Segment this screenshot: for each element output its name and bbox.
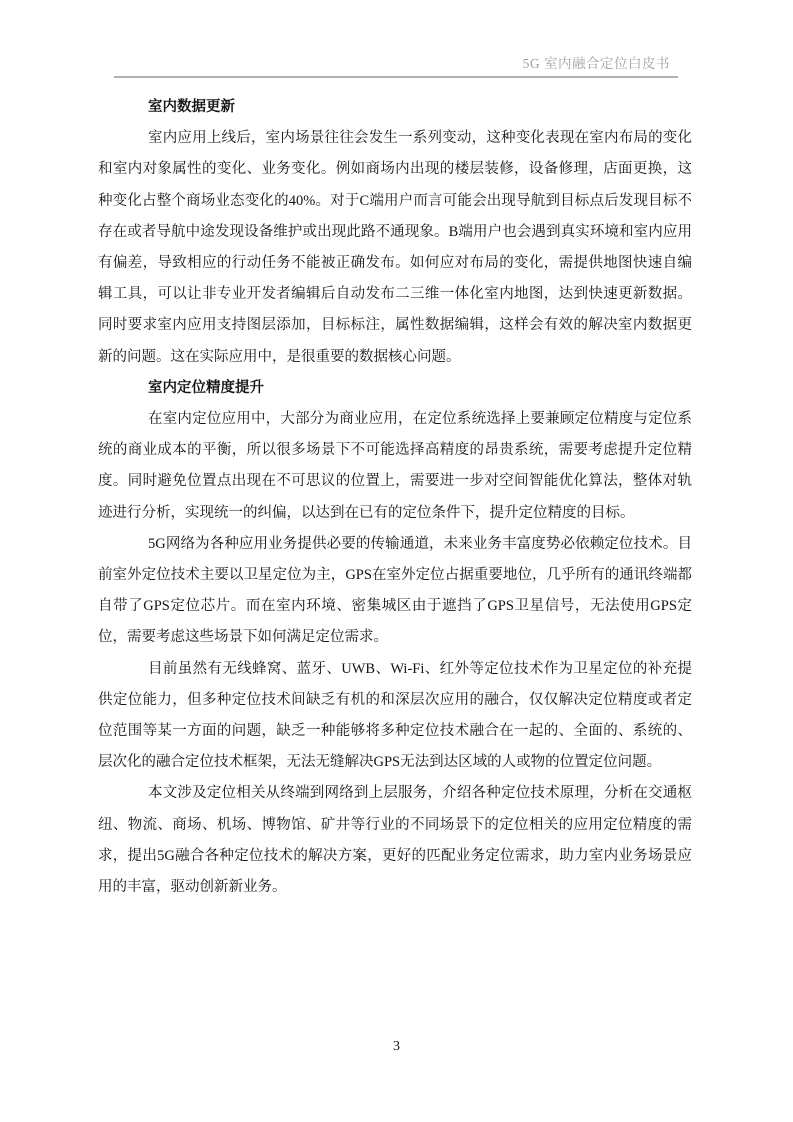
header-rule bbox=[114, 76, 678, 78]
paragraph: 5G网络为各种应用业务提供必要的传输通道，未来业务丰富度势必依赖定位技术。目前室… bbox=[98, 529, 692, 654]
document-page: 5G 室内融合定位白皮书 室内数据更新 室内应用上线后，室内场景往往会发生一系列… bbox=[0, 0, 793, 1122]
section-heading-positioning-accuracy: 室内定位精度提升 bbox=[98, 373, 692, 404]
section-heading-indoor-data-update: 室内数据更新 bbox=[98, 92, 692, 123]
page-number: 3 bbox=[0, 1037, 793, 1057]
paragraph: 本文涉及定位相关从终端到网络到上层服务，介绍各种定位技术原理，分析在交通枢纽、物… bbox=[98, 778, 692, 903]
paragraph: 在室内定位应用中，大部分为商业应用，在定位系统选择上要兼顾定位精度与定位系统的商… bbox=[98, 404, 692, 529]
document-body: 室内数据更新 室内应用上线后，室内场景往往会发生一系列变动，这种变化表现在室内布… bbox=[98, 92, 692, 903]
paragraph: 室内应用上线后，室内场景往往会发生一系列变动，这种变化表现在室内布局的变化和室内… bbox=[98, 123, 692, 373]
running-header-title: 5G 室内融合定位白皮书 bbox=[523, 56, 670, 72]
page-header: 5G 室内融合定位白皮书 bbox=[114, 0, 678, 77]
paragraph: 目前虽然有无线蜂窝、蓝牙、UWB、Wi-Fi、红外等定位技术作为卫星定位的补充提… bbox=[98, 654, 692, 779]
